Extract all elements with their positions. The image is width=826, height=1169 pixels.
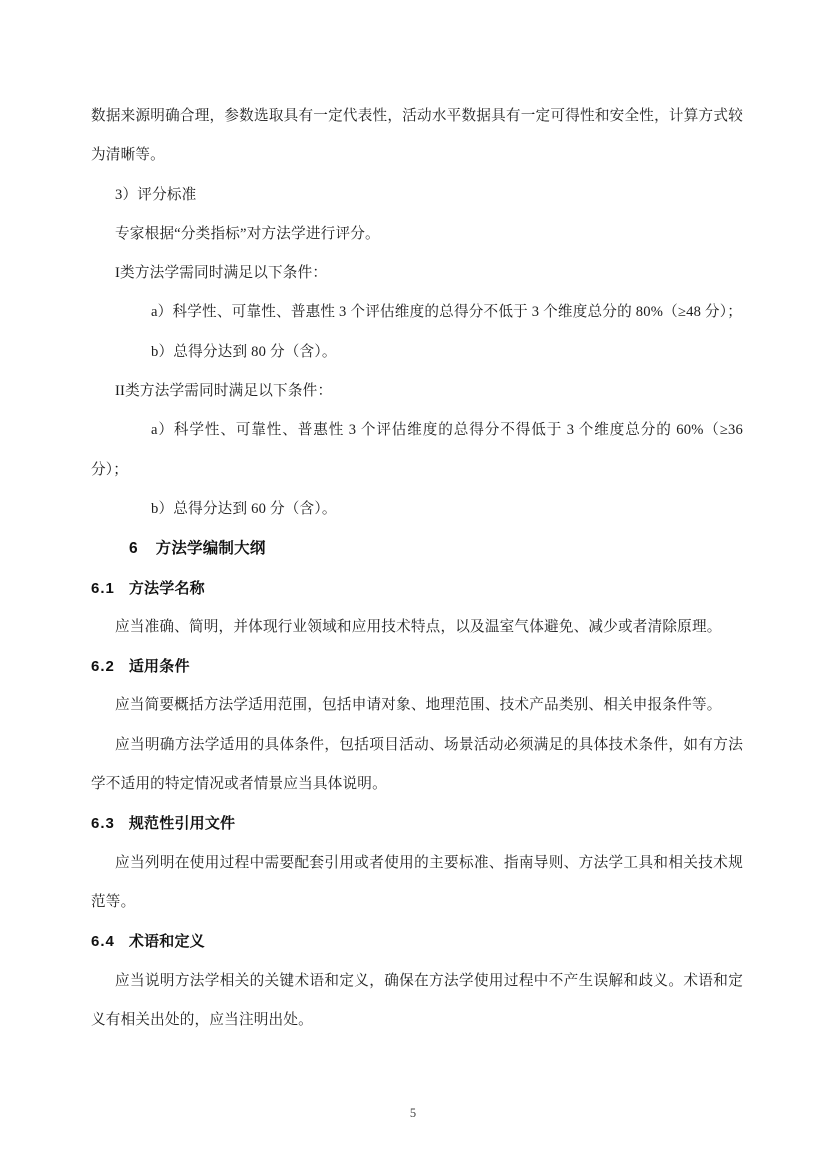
list-item-class2-a: a）科学性、可靠性、普惠性 3 个评估维度的总得分不得低于 3 个维度总分的 6… bbox=[91, 411, 743, 490]
page-number: 5 bbox=[0, 1106, 826, 1121]
subsection-number: 6.1 bbox=[91, 580, 115, 597]
section-number: 6 bbox=[129, 540, 139, 557]
paragraph-6-1-body: 应当准确、简明，并体现行业领域和应用技术特点，以及温室气体避免、减少或者清除原理… bbox=[91, 608, 743, 647]
paragraph-6-2-body-1: 应当简要概括方法学适用范围，包括申请对象、地理范围、技术产品类别、相关申报条件等… bbox=[91, 686, 743, 725]
paragraph-6-2-body-2: 应当明确方法学适用的具体条件，包括项目活动、场景活动必须满足的具体技术条件，如有… bbox=[91, 726, 743, 805]
subsection-number: 6.2 bbox=[91, 658, 115, 675]
page-body-text: 数据来源明确合理，参数选取具有一定代表性，活动水平数据具有一定可得性和安全性，计… bbox=[91, 97, 743, 1040]
subsection-heading-6-3: 6.3规范性引用文件 bbox=[91, 804, 743, 843]
section-heading-6: 6方法学编制大纲 bbox=[91, 529, 743, 568]
paragraph-scoring-criteria-label: 3）评分标准 bbox=[91, 176, 743, 215]
subsection-title: 方法学名称 bbox=[129, 580, 205, 597]
subsection-title: 术语和定义 bbox=[129, 933, 205, 950]
subsection-number: 6.4 bbox=[91, 933, 115, 950]
subsection-title: 适用条件 bbox=[129, 658, 190, 675]
subsection-title: 规范性引用文件 bbox=[129, 815, 235, 832]
list-item-class2-b: b）总得分达到 60 分（含）。 bbox=[91, 490, 743, 529]
subsection-number: 6.3 bbox=[91, 815, 115, 832]
subsection-heading-6-1: 6.1方法学名称 bbox=[91, 569, 743, 608]
paragraph-6-3-body: 应当列明在使用过程中需要配套引用或者使用的主要标准、指南导则、方法学工具和相关技… bbox=[91, 844, 743, 923]
document-page: 数据来源明确合理，参数选取具有一定代表性，活动水平数据具有一定可得性和安全性，计… bbox=[0, 0, 826, 1169]
subsection-heading-6-2: 6.2适用条件 bbox=[91, 647, 743, 686]
section-title: 方法学编制大纲 bbox=[156, 540, 266, 557]
subsection-heading-6-4: 6.4术语和定义 bbox=[91, 922, 743, 961]
paragraph-6-4-body: 应当说明方法学相关的关键术语和定义，确保在方法学使用过程中不产生误解和歧义。术语… bbox=[91, 962, 743, 1041]
list-item-class1-a: a）科学性、可靠性、普惠性 3 个评估维度的总得分不低于 3 个维度总分的 80… bbox=[91, 293, 743, 332]
paragraph-continuation: 数据来源明确合理，参数选取具有一定代表性，活动水平数据具有一定可得性和安全性，计… bbox=[91, 97, 743, 176]
paragraph-class2-conditions: II类方法学需同时满足以下条件： bbox=[91, 372, 743, 411]
list-item-class1-b: b）总得分达到 80 分（含）。 bbox=[91, 333, 743, 372]
paragraph-class1-conditions: I类方法学需同时满足以下条件： bbox=[91, 254, 743, 293]
paragraph-expert-scoring: 专家根据“分类指标”对方法学进行评分。 bbox=[91, 215, 743, 254]
